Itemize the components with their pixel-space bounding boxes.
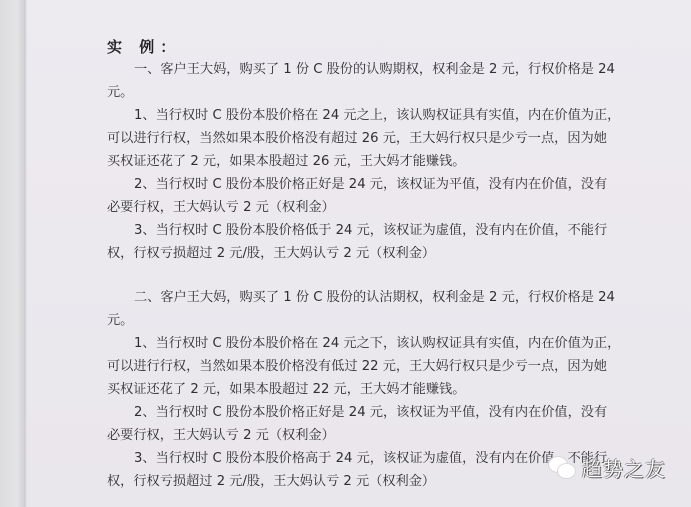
section-spacer — [107, 265, 647, 286]
wechat-icon — [548, 456, 576, 480]
paragraph-line: 2、当行权时 C 股份本股价格正好是 24 元，该权证为平值，没有内在价值，没有 — [107, 401, 647, 424]
paragraph-line: 买权证还花了 2 元，如果本股超过 26 元，王大妈才能赚钱。 — [107, 150, 647, 173]
paragraph-line: 一、客户王大妈，购买了 1 份 C 股份的认购期权，权利金是 2 元，行权价格是… — [107, 58, 647, 81]
paragraph-line: 1、当行权时 C 股份本股价格在 24 元之上，该认购权证具有实值，内在价值为正… — [107, 104, 647, 127]
paragraph-line: 1、当行权时 C 股份本股价格在 24 元之下，该认购权证具有实值，内在价值为正… — [107, 332, 647, 355]
wechat-watermark: 趋势之友 — [548, 453, 666, 482]
paragraph-line: 元。 — [107, 309, 647, 332]
paragraph-line: 可以进行行权，当然如果本股价格没有低过 22 元，王大妈行权只是少亏一点，因为她 — [107, 355, 647, 378]
paragraph-line: 必要行权，王大妈认亏 2 元（权利金） — [107, 424, 647, 447]
paragraph-line: 3、当行权时 C 股份本股价格低于 24 元，该权证为虚值，没有内在价值，不能行 — [107, 219, 647, 242]
paragraph-line: 二、客户王大妈，购买了 1 份 C 股份的认沽期权，权利金是 2 元，行权价格是… — [107, 286, 647, 309]
section-heading: 实 例： — [107, 36, 647, 58]
paragraph-line: 2、当行权时 C 股份本股价格正好是 24 元，该权证为平值，没有内在价值，没有 — [107, 173, 647, 196]
page-margin-strip — [0, 0, 24, 507]
paragraph-line: 买权证还花了 2 元，如果本股超过 22 元，王大妈才能赚钱。 — [107, 378, 647, 401]
example-call-option: 一、客户王大妈，购买了 1 份 C 股份的认购期权，权利金是 2 元，行权价格是… — [107, 58, 647, 265]
paragraph-line: 元。 — [107, 81, 647, 104]
document-body: 实 例： 一、客户王大妈，购买了 1 份 C 股份的认购期权，权利金是 2 元，… — [107, 36, 647, 493]
paragraph-line: 可以进行行权，当然如果本股价格没有超过 26 元，王大妈行权只是少亏一点，因为她 — [107, 127, 647, 150]
paragraph-line: 必要行权，王大妈认亏 2 元（权利金） — [107, 196, 647, 219]
watermark-text: 趋势之友 — [582, 453, 666, 482]
paragraph-line: 权，行权亏损超过 2 元/股，王大妈认亏 2 元（权利金） — [107, 242, 647, 265]
